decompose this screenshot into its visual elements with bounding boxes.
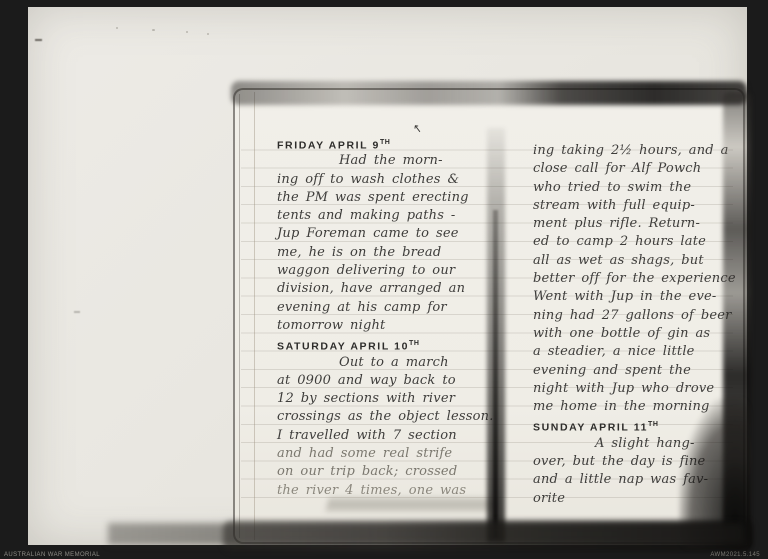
handwritten-line: orite xyxy=(533,490,768,508)
handwritten-line: the PM was spent erecting xyxy=(277,189,509,207)
paper-mark xyxy=(74,311,80,313)
handwritten-line: 12 by sections with river xyxy=(277,390,509,408)
paper-speck xyxy=(207,33,209,35)
handwritten-line: at 0900 and way back to xyxy=(277,372,509,390)
margin-rule-line xyxy=(254,92,255,540)
handwritten-line: division, have arranged an xyxy=(277,280,509,298)
handwritten-line: me, he is on the bread xyxy=(277,244,509,262)
paper-mark xyxy=(35,39,42,41)
entry-date-heading: SATURDAY APRIL 10TH xyxy=(277,335,509,353)
date-ordinal: TH xyxy=(409,340,419,347)
photocopy-frame: ↖ FRIDAY APRIL 9THHad the morn-ing off t… xyxy=(0,0,768,559)
diary-notebook: ↖ FRIDAY APRIL 9THHad the morn-ing off t… xyxy=(233,88,745,544)
top-edge-smudge xyxy=(231,81,747,105)
date-ordinal: TH xyxy=(380,139,390,146)
paper-speck xyxy=(186,31,188,33)
paper-speck xyxy=(152,29,155,31)
paper-speck xyxy=(116,27,118,29)
diary-page-left: FRIDAY APRIL 9THHad the morn-ing off to … xyxy=(277,134,509,500)
handwritten-line: and a little nap was fav- xyxy=(533,471,768,489)
entry-date-heading: SUNDAY APRIL 11TH xyxy=(533,416,768,434)
handwritten-line: ing off to wash clothes & xyxy=(277,171,509,189)
handwritten-line: crossings as the object lesson. xyxy=(277,408,509,426)
handwritten-line: A slight hang- xyxy=(533,435,768,453)
handwritten-line: ment plus rifle. Return- xyxy=(533,215,768,233)
handwritten-line: who tried to swim the xyxy=(533,179,768,197)
handwritten-line: me home in the morning xyxy=(533,398,768,416)
diary-page-right: ing taking 2½ hours, and aclose call for… xyxy=(533,142,768,508)
handwritten-line: with one bottle of gin as xyxy=(533,325,768,343)
page-edge-crease xyxy=(239,94,240,538)
ink-bleed-smudge xyxy=(326,498,499,511)
handwritten-line: and had some real strife xyxy=(277,445,509,463)
handwritten-line: ning had 27 gallons of beer xyxy=(533,307,768,325)
handwritten-line: over, but the day is fine xyxy=(533,453,768,471)
handwritten-line: Went with Jup in the eve- xyxy=(533,288,768,306)
handwritten-line: stream with full equip- xyxy=(533,197,768,215)
handwritten-line: night with Jup who drove xyxy=(533,380,768,398)
date-ordinal: TH xyxy=(648,421,658,428)
handwritten-line: waggon delivering to our xyxy=(277,262,509,280)
handwritten-line: on our trip back; crossed xyxy=(277,463,509,481)
handwritten-line: ing taking 2½ hours, and a xyxy=(533,142,768,160)
awm-collection-label: AUSTRALIAN WAR MEMORIAL xyxy=(4,552,100,558)
handwritten-line: Out to a march xyxy=(277,354,509,372)
handwritten-line: Had the morn- xyxy=(277,152,509,170)
diary-entry: FRIDAY APRIL 9THHad the morn-ing off to … xyxy=(277,134,509,335)
handwritten-line: I travelled with 7 section xyxy=(277,427,509,445)
handwritten-line: evening at his camp for xyxy=(277,299,509,317)
handwritten-line: ed to camp 2 hours late xyxy=(533,233,768,251)
handwritten-line: close call for Alf Powch xyxy=(533,160,768,178)
diary-entry: ing taking 2½ hours, and aclose call for… xyxy=(533,142,768,416)
handwritten-line: tents and making paths - xyxy=(277,207,509,225)
diary-entry: SATURDAY APRIL 10THOut to a marchat 0900… xyxy=(277,335,509,500)
entry-date-heading: FRIDAY APRIL 9TH xyxy=(277,134,509,152)
handwritten-line: a steadier, a nice little xyxy=(533,343,768,361)
handwritten-line: evening and spent the xyxy=(533,362,768,380)
diary-entry: SUNDAY APRIL 11THA slight hang-over, but… xyxy=(533,416,768,507)
handwritten-line: all as wet as shags, but xyxy=(533,252,768,270)
handwritten-line: tomorrow night xyxy=(277,317,509,335)
awm-reference-label: AWM2021.5.145 xyxy=(710,552,760,558)
bottom-edge-smudge xyxy=(223,521,753,551)
handwritten-line: better off for the experience xyxy=(533,270,768,288)
photocopy-sheet: ↖ FRIDAY APRIL 9THHad the morn-ing off t… xyxy=(28,7,747,545)
handwritten-line: Jup Foreman came to see xyxy=(277,225,509,243)
